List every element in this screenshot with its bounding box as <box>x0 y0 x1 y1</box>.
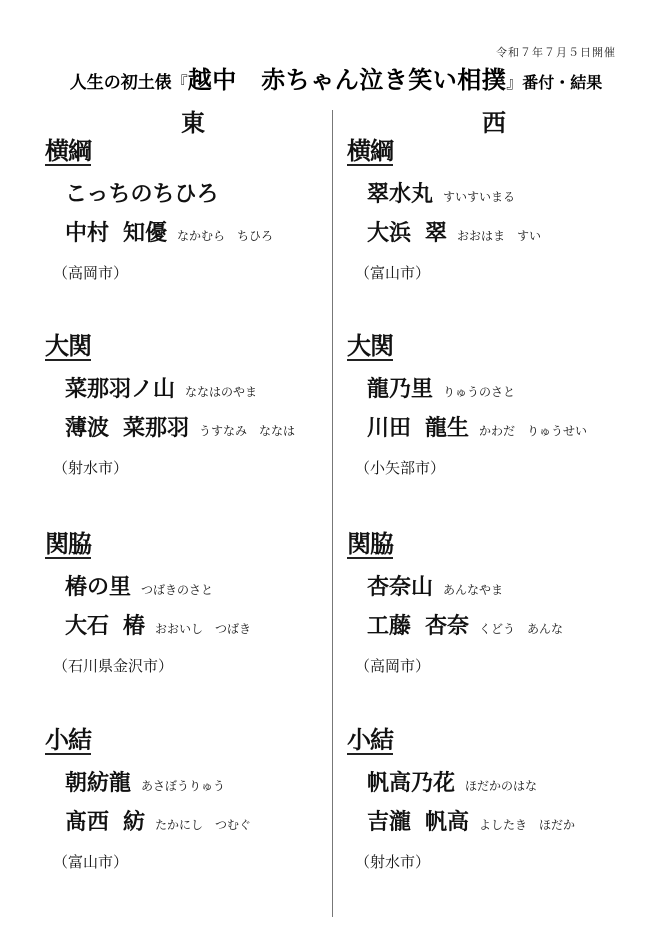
real-name: 大石椿おおいし つばき <box>65 614 251 642</box>
given-name: 菜那羽 <box>123 416 189 441</box>
real-name: 大浜翠おおはま すい <box>367 221 541 249</box>
shikona-reading: つばきのさと <box>141 583 213 597</box>
west-label: 西 <box>482 103 506 138</box>
name-reading: おおいし つばき <box>155 622 251 636</box>
name-reading: よしたき ほだか <box>479 818 575 832</box>
surname: 中村 <box>65 221 109 246</box>
given-name: 紡 <box>123 810 145 835</box>
real-name: 髙西紡たかにし つむぐ <box>65 810 251 838</box>
given-name: 知優 <box>123 221 167 246</box>
given-name: 帆高 <box>425 810 469 835</box>
title-close-quote: 』 <box>506 73 522 92</box>
given-name: 翠 <box>425 221 447 246</box>
name-reading: くどう あんな <box>479 622 563 636</box>
hometown: （小矢部市） <box>355 457 445 478</box>
title-prefix: 人生の初土俵 <box>70 73 172 93</box>
given-name: 龍生 <box>425 416 469 441</box>
title-suffix: 番付・結果 <box>522 73 602 92</box>
name-reading: たかにし つむぐ <box>155 818 251 832</box>
shikona: 菜那羽ノ山ななはのやま <box>65 377 257 405</box>
name-reading: うすなみ ななは <box>199 424 295 438</box>
surname: 吉瀧 <box>367 810 411 835</box>
name-reading: なかむら ちひろ <box>177 229 273 243</box>
surname: 大石 <box>65 614 109 639</box>
shikona: 帆高乃花ほだかのはな <box>367 771 537 799</box>
shikona-reading: ほだかのはな <box>465 779 537 793</box>
rank-heading: 大関 <box>45 333 91 361</box>
rank-heading: 横綱 <box>45 138 91 166</box>
name-reading: おおはま すい <box>457 229 541 243</box>
surname: 髙西 <box>65 810 109 835</box>
shikona-reading: あんなやま <box>443 583 503 597</box>
hometown: （高岡市） <box>355 655 430 676</box>
real-name: 中村知優なかむら ちひろ <box>65 221 273 249</box>
surname: 薄波 <box>65 416 109 441</box>
shikona-reading: りゅうのさと <box>443 385 515 399</box>
shikona-reading: ななはのやま <box>185 385 257 399</box>
surname: 川田 <box>367 416 411 441</box>
name-reading: かわだ りゅうせい <box>479 424 587 438</box>
hometown: （石川県金沢市） <box>53 655 173 676</box>
event-date: 令和７年７月５日開催 <box>496 44 616 60</box>
surname: 大浜 <box>367 221 411 246</box>
shikona-name: 椿の里 <box>65 575 131 600</box>
rank-heading: 横綱 <box>347 138 393 166</box>
rank-heading: 大関 <box>347 333 393 361</box>
rank-heading: 関脇 <box>45 531 91 559</box>
shikona-name: こっちのちひろ <box>65 182 219 207</box>
shikona-reading: すいすいまる <box>443 190 515 204</box>
page-title: 人生の初土俵『越中 赤ちゃん泣き笑い相撲』番付・結果 <box>0 60 672 95</box>
shikona: 杏奈山あんなやま <box>367 575 503 603</box>
hometown: （射水市） <box>53 457 128 478</box>
shikona-reading: あさぼうりゅう <box>141 779 225 793</box>
hometown: （富山市） <box>53 851 128 872</box>
title-open-quote: 『 <box>172 73 188 92</box>
hometown: （射水市） <box>355 851 430 872</box>
rank-heading: 小結 <box>45 727 91 755</box>
shikona: 椿の里つばきのさと <box>65 575 213 603</box>
shikona: 龍乃里りゅうのさと <box>367 377 515 405</box>
real-name: 薄波菜那羽うすなみ ななは <box>65 416 295 444</box>
real-name: 川田龍生かわだ りゅうせい <box>367 416 587 444</box>
shikona: こっちのちひろ <box>65 182 229 210</box>
east-label: 東 <box>181 103 205 138</box>
shikona-name: 杏奈山 <box>367 575 433 600</box>
real-name: 工藤杏奈くどう あんな <box>367 614 563 642</box>
hometown: （富山市） <box>355 262 430 283</box>
shikona-name: 朝紡龍 <box>65 771 131 796</box>
center-divider <box>332 110 333 917</box>
surname: 工藤 <box>367 614 411 639</box>
given-name: 椿 <box>123 614 145 639</box>
given-name: 杏奈 <box>425 614 469 639</box>
shikona: 翠水丸すいすいまる <box>367 182 515 210</box>
rank-heading: 関脇 <box>347 531 393 559</box>
real-name: 吉瀧帆高よしたき ほだか <box>367 810 575 838</box>
shikona-name: 帆高乃花 <box>367 771 455 796</box>
title-main: 越中 赤ちゃん泣き笑い相撲 <box>188 66 507 94</box>
shikona-name: 菜那羽ノ山 <box>65 377 175 402</box>
shikona-name: 龍乃里 <box>367 377 433 402</box>
rank-heading: 小結 <box>347 727 393 755</box>
shikona-name: 翠水丸 <box>367 182 433 207</box>
shikona: 朝紡龍あさぼうりゅう <box>65 771 225 799</box>
hometown: （高岡市） <box>53 262 128 283</box>
